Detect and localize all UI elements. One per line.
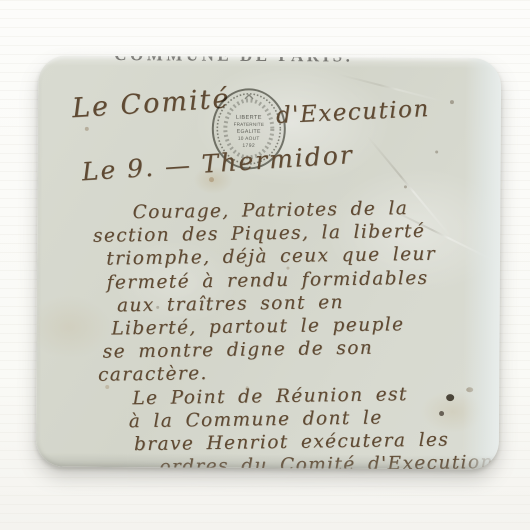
seal-text-line: FRATERNITE: [234, 122, 265, 127]
ink-blot: [446, 394, 454, 401]
ink-blot: [439, 411, 444, 416]
pad-bottom-edge: [36, 453, 499, 470]
pad-right-edge: [463, 58, 502, 469]
seal-text-line: 10 AOUT: [238, 136, 260, 142]
pad-top-highlight: [38, 56, 501, 69]
handwritten-committee-right: d'Execution: [275, 96, 430, 129]
seal-text-line: EGALITE: [237, 129, 261, 135]
seal-text-line: LIBERTE: [236, 115, 262, 121]
photo-backdrop: COMMUNE DE PARIS. Le Comité LIBERTE FRAT…: [0, 0, 530, 530]
mousepad: COMMUNE DE PARIS. Le Comité LIBERTE FRAT…: [36, 56, 502, 470]
handwritten-committee-left: Le Comité: [71, 83, 231, 124]
manuscript-body: Courage, Patriotes de la section des Piq…: [54, 196, 498, 470]
